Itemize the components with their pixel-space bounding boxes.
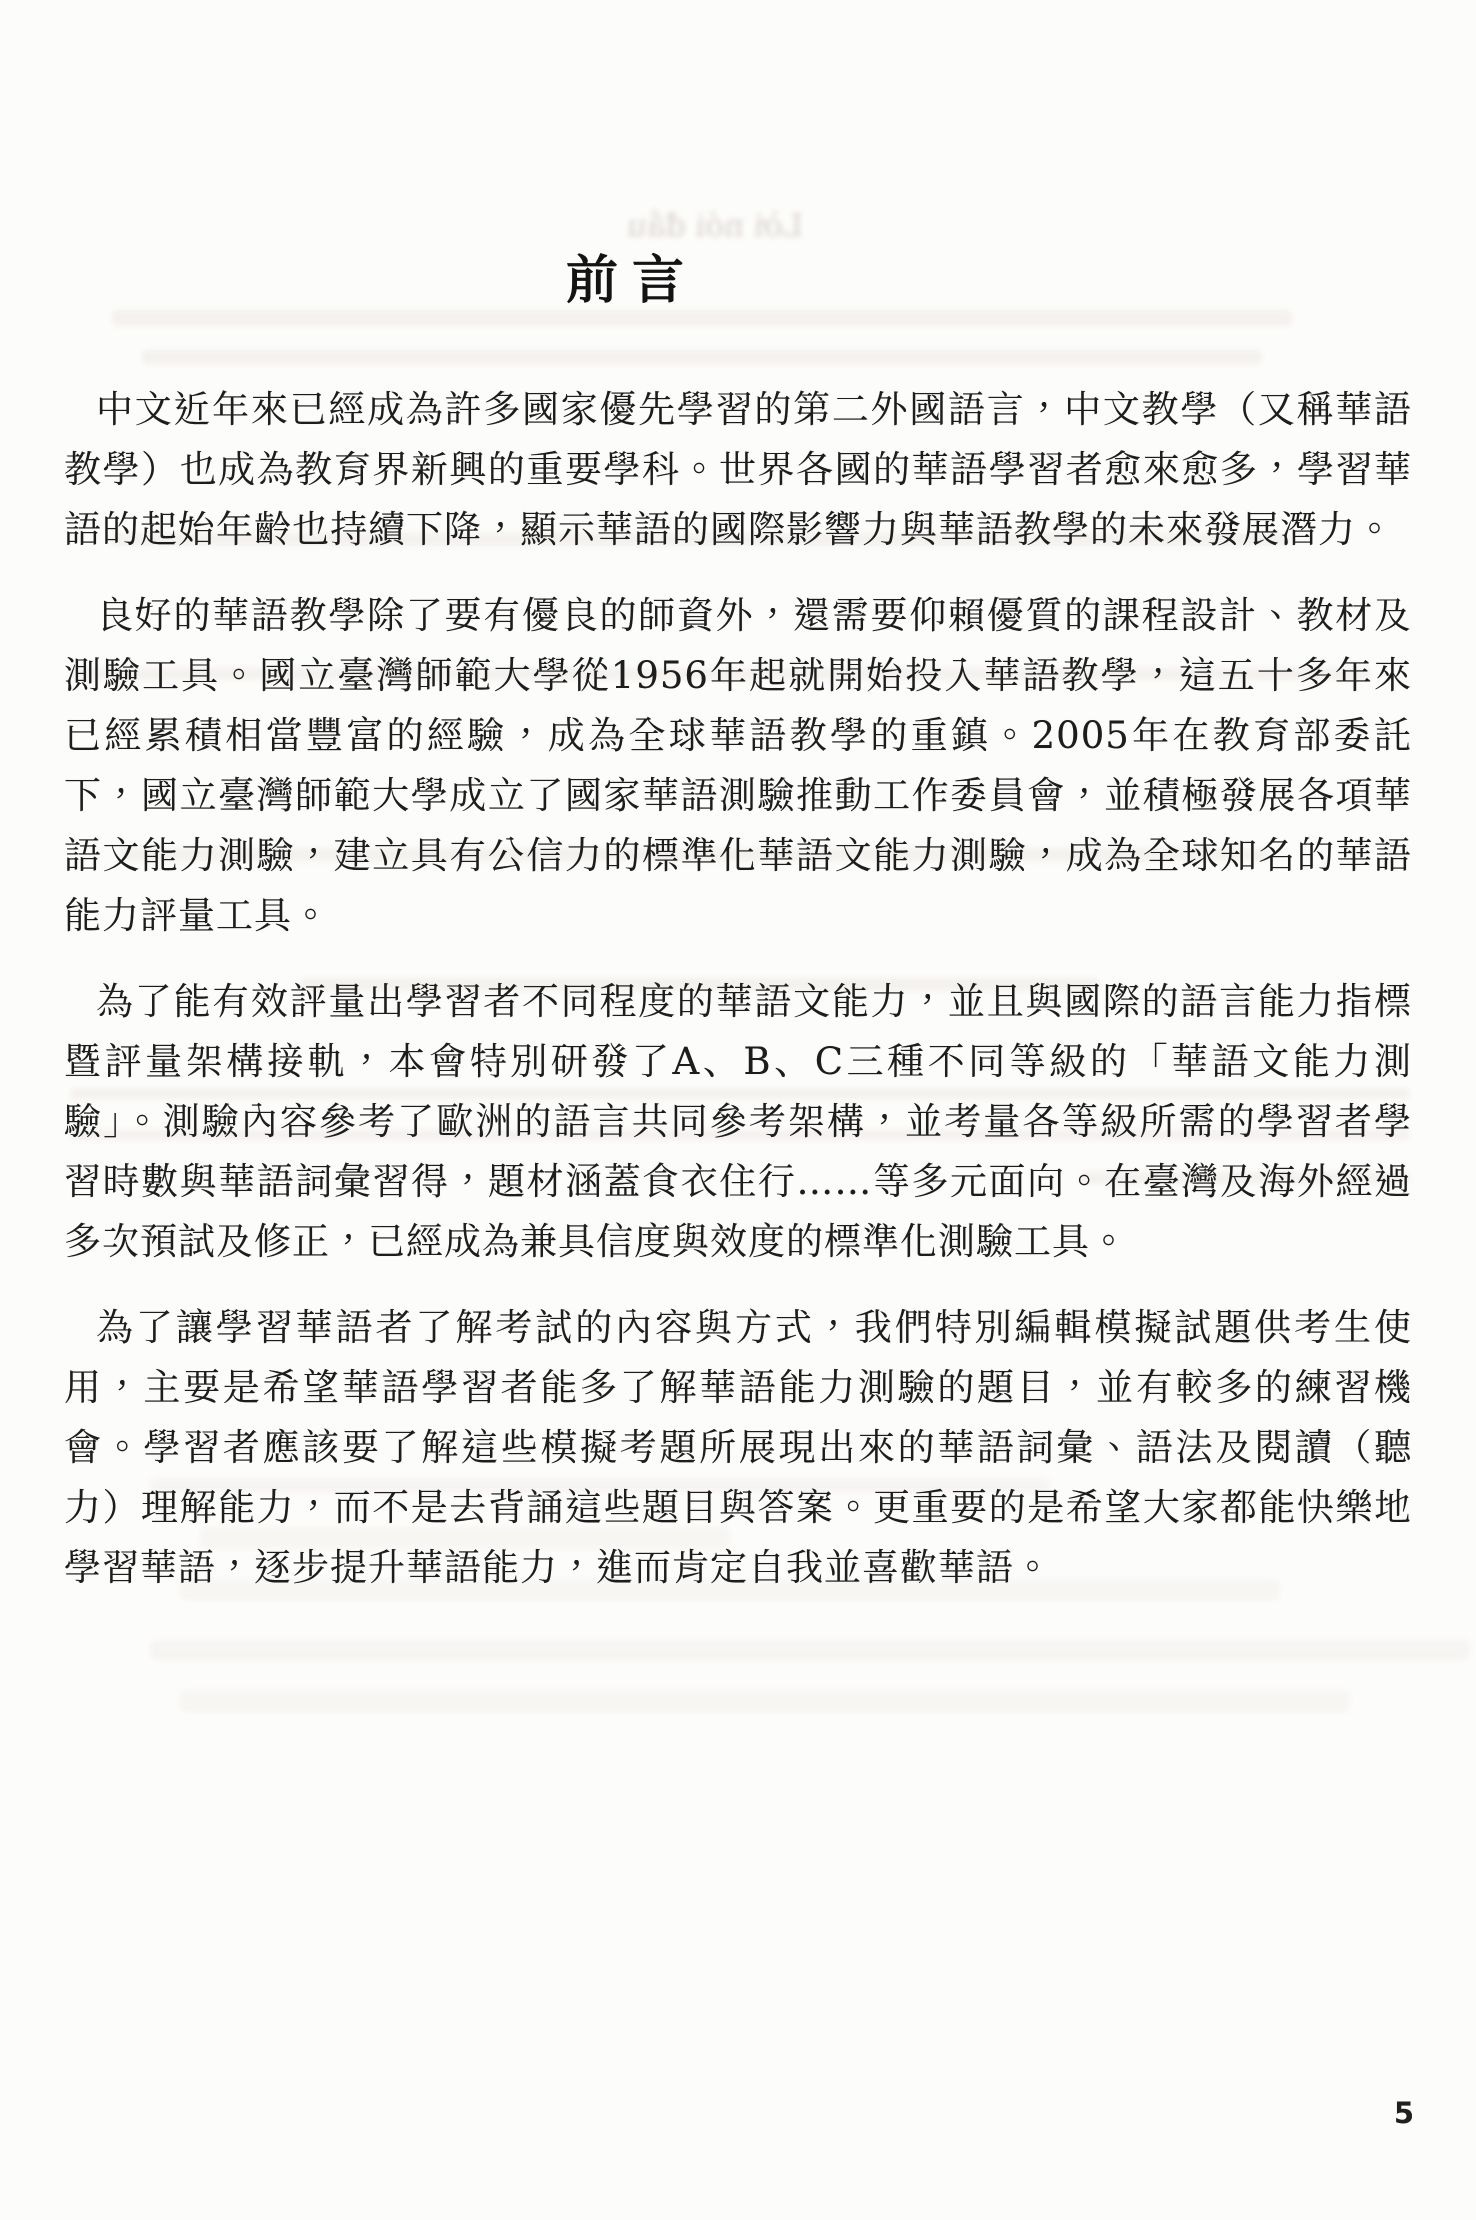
- paragraph-4: 為了讓學習華語者了解考試的內容與方式，我們特別編輯模擬試題供考生使用，主要是希望…: [64, 1298, 1412, 1598]
- bleedthrough-smudge: [180, 1690, 1350, 1712]
- page-number: 5: [1394, 2096, 1414, 2130]
- bleedthrough-smudge: [142, 350, 1262, 364]
- paragraph-2: 良好的華語教學除了要有優良的師資外，還需要仰賴優質的課程設計、教材及測驗工具。國…: [64, 586, 1412, 946]
- paragraph-1: 中文近年來已經成為許多國家優先學習的第二外國語言，中文教學（又稱華語教學）也成為…: [64, 380, 1412, 560]
- preface-body: 中文近年來已經成為許多國家優先學習的第二外國語言，中文教學（又稱華語教學）也成為…: [64, 380, 1412, 1624]
- bleedthrough-smudge: [112, 310, 1292, 326]
- page-title: 前言: [566, 238, 698, 313]
- bleedthrough-smudge: [150, 1640, 1470, 1660]
- scanned-document-page: Lời nói đầu 前言 中文近年來已經成為許多國家優先學習的第二外國語言，…: [0, 0, 1476, 2220]
- paragraph-3: 為了能有效評量出學習者不同程度的華語文能力，並且與國際的語言能力指標暨評量架構接…: [64, 972, 1412, 1272]
